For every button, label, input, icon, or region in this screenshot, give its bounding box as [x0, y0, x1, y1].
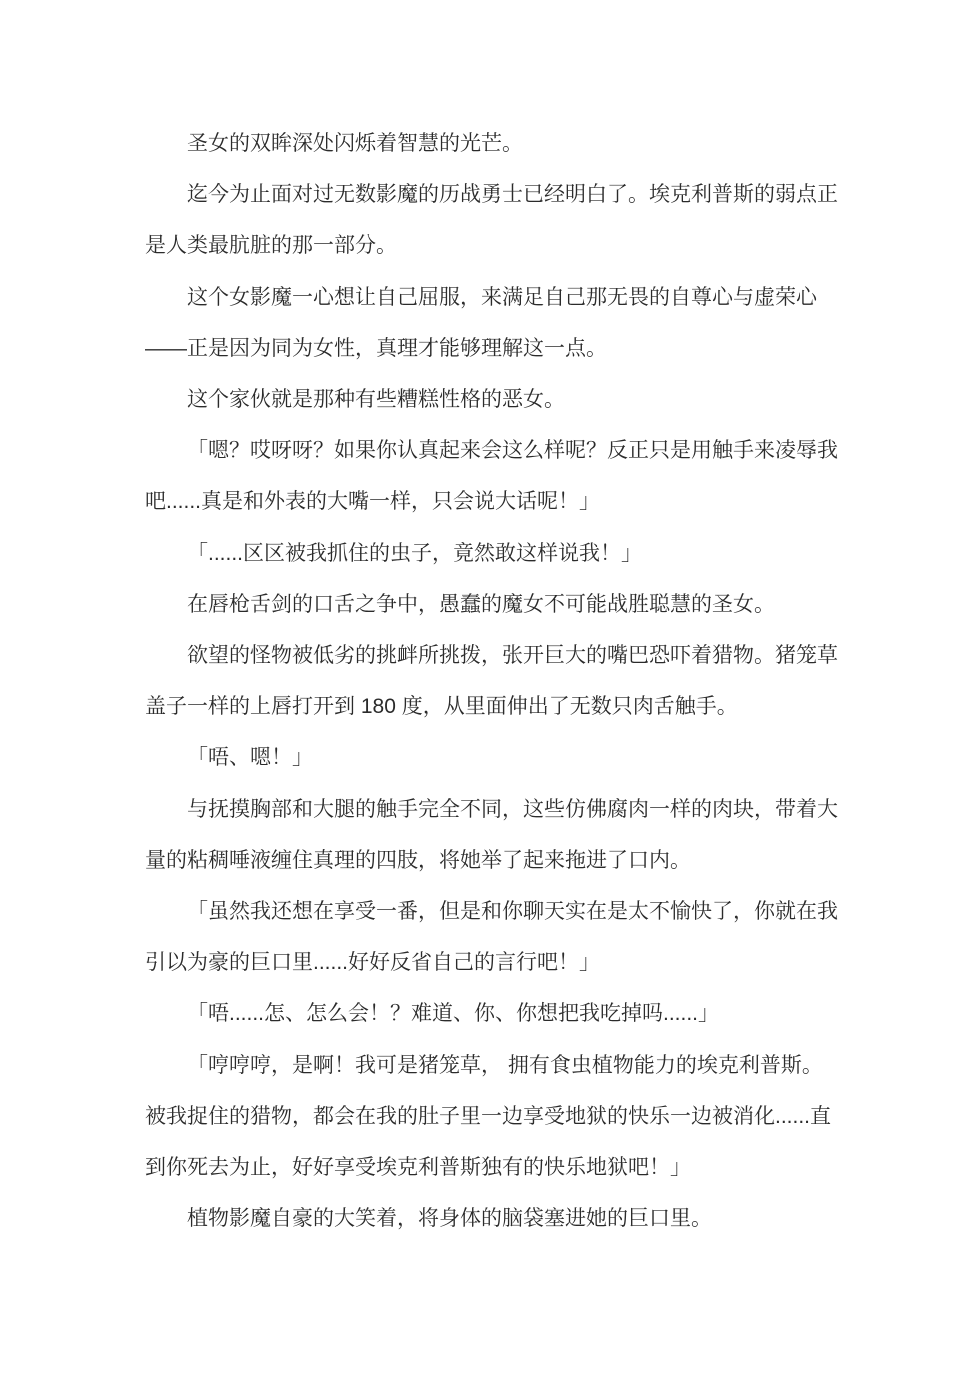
paragraph: 「哼哼哼，是啊！我可是猪笼草， 拥有食虫植物能力的埃克利普斯。被我捉住的猎物，都…	[145, 1040, 839, 1194]
paragraph: 这个女影魔一心想让自己屈服，来满足自己那无畏的自尊心与虚荣心——正是因为同为女性…	[145, 272, 839, 374]
paragraph: 「唔、嗯！」	[145, 732, 839, 783]
paragraph: 「嗯？哎呀呀？如果你认真起来会这么样呢？反正只是用触手来凌辱我吧......真是…	[145, 425, 839, 527]
paragraph: 迄今为止面对过无数影魔的历战勇士已经明白了。埃克利普斯的弱点正是人类最肮脏的那一…	[145, 169, 839, 271]
paragraph: 「唔......怎、怎么会！？难道、你、你想把我吃掉吗......」	[145, 988, 839, 1039]
paragraph: 在唇枪舌剑的口舌之争中，愚蠢的魔女不可能战胜聪慧的圣女。	[145, 579, 839, 630]
paragraph: 与抚摸胸部和大腿的触手完全不同，这些仿佛腐肉一样的肉块，带着大量的粘稠唾液缠住真…	[145, 784, 839, 886]
document-page: 圣女的双眸深处闪烁着智慧的光芒。迄今为止面对过无数影魔的历战勇士已经明白了。埃克…	[0, 0, 980, 1386]
paragraph: 这个家伙就是那种有些糟糕性格的恶女。	[145, 374, 839, 425]
paragraph: 「......区区被我抓住的虫子，竟然敢这样说我！」	[145, 528, 839, 579]
paragraph: 「虽然我还想在享受一番，但是和你聊天实在是太不愉快了，你就在我引以为豪的巨口里.…	[145, 886, 839, 988]
novel-text-block: 圣女的双眸深处闪烁着智慧的光芒。迄今为止面对过无数影魔的历战勇士已经明白了。埃克…	[145, 118, 839, 1244]
paragraph: 圣女的双眸深处闪烁着智慧的光芒。	[145, 118, 839, 169]
paragraph: 植物影魔自豪的大笑着，将身体的脑袋塞进她的巨口里。	[145, 1193, 839, 1244]
paragraph: 欲望的怪物被低劣的挑衅所挑拨，张开巨大的嘴巴恐吓着猎物。猪笼草盖子一样的上唇打开…	[145, 630, 839, 732]
